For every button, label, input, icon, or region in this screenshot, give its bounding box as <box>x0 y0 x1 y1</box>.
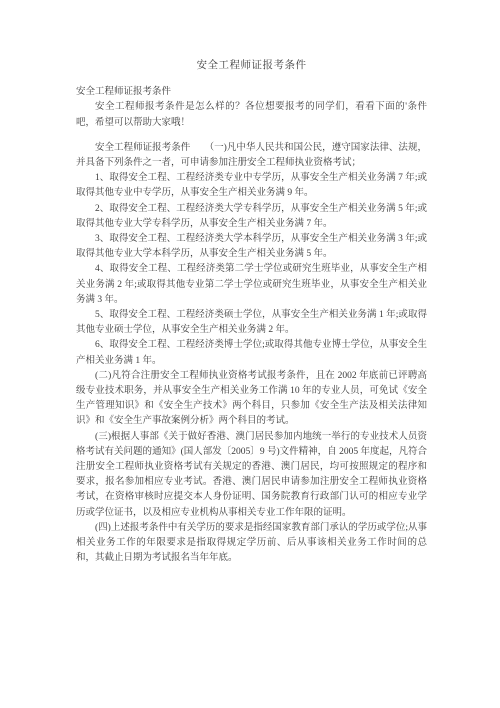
document-title: 安全工程师证报考条件 <box>76 58 427 73</box>
paragraph-section-4: (四)上述报考条件中有关学历的要求是指经国家教育部门承认的学历或学位;从事相关业… <box>76 521 427 567</box>
paragraph-section-3: (三)根据人事部《关于做好香港、澳门居民参加内地统一举行的专业技术人员资格考试有… <box>76 430 427 521</box>
paragraph-section-2: (二)凡符合注册安全工程师执业资格考试报考条件，且在 2002 年底前已评聘高级… <box>76 369 427 430</box>
paragraph-spacer <box>76 131 427 141</box>
document-page: 安全工程师证报考条件 安全工程师证报考条件 安全工程师报考条件是怎么样的？各位想… <box>0 0 500 708</box>
paragraph-item-1: 1、取得安全工程、工程经济类专业中专学历，从事安全生产相关业务满 7 年;或取得… <box>76 171 427 201</box>
paragraph-item-5: 5、取得安全工程、工程经济类硕士学位，从事安全生产相关业务满 1 年;或取得其他… <box>76 308 427 338</box>
paragraph-item-3: 3、取得安全工程、工程经济类大学本科学历，从事安全生产相关业务满 3 年;或取得… <box>76 232 427 262</box>
paragraph-item-2: 2、取得安全工程、工程经济类大学专科学历，从事安全生产相关业务满 5 年;或取得… <box>76 202 427 232</box>
paragraph-item-4: 4、取得安全工程、工程经济类第二学士学位或研究生班毕业，从事安全生产相关业务满 … <box>76 262 427 308</box>
intro-paragraph: 安全工程师报考条件是怎么样的？各位想要报考的同学们，看看下面的'条件吧，希望可以… <box>76 100 427 130</box>
document-body: 安全工程师证报考条件 安全工程师证报考条件 安全工程师报考条件是怎么样的？各位想… <box>0 0 500 567</box>
paragraph-item-6: 6、取得安全工程、工程经济类博士学位;或取得其他专业博士学位，从事安全生产相关业… <box>76 338 427 368</box>
paragraph-conditions-intro: 安全工程师证报考条件 （一)凡中华人民共和国公民，遵守国家法律、法规，并具备下列… <box>76 141 427 171</box>
section-heading: 安全工程师证报考条件 <box>76 85 427 100</box>
